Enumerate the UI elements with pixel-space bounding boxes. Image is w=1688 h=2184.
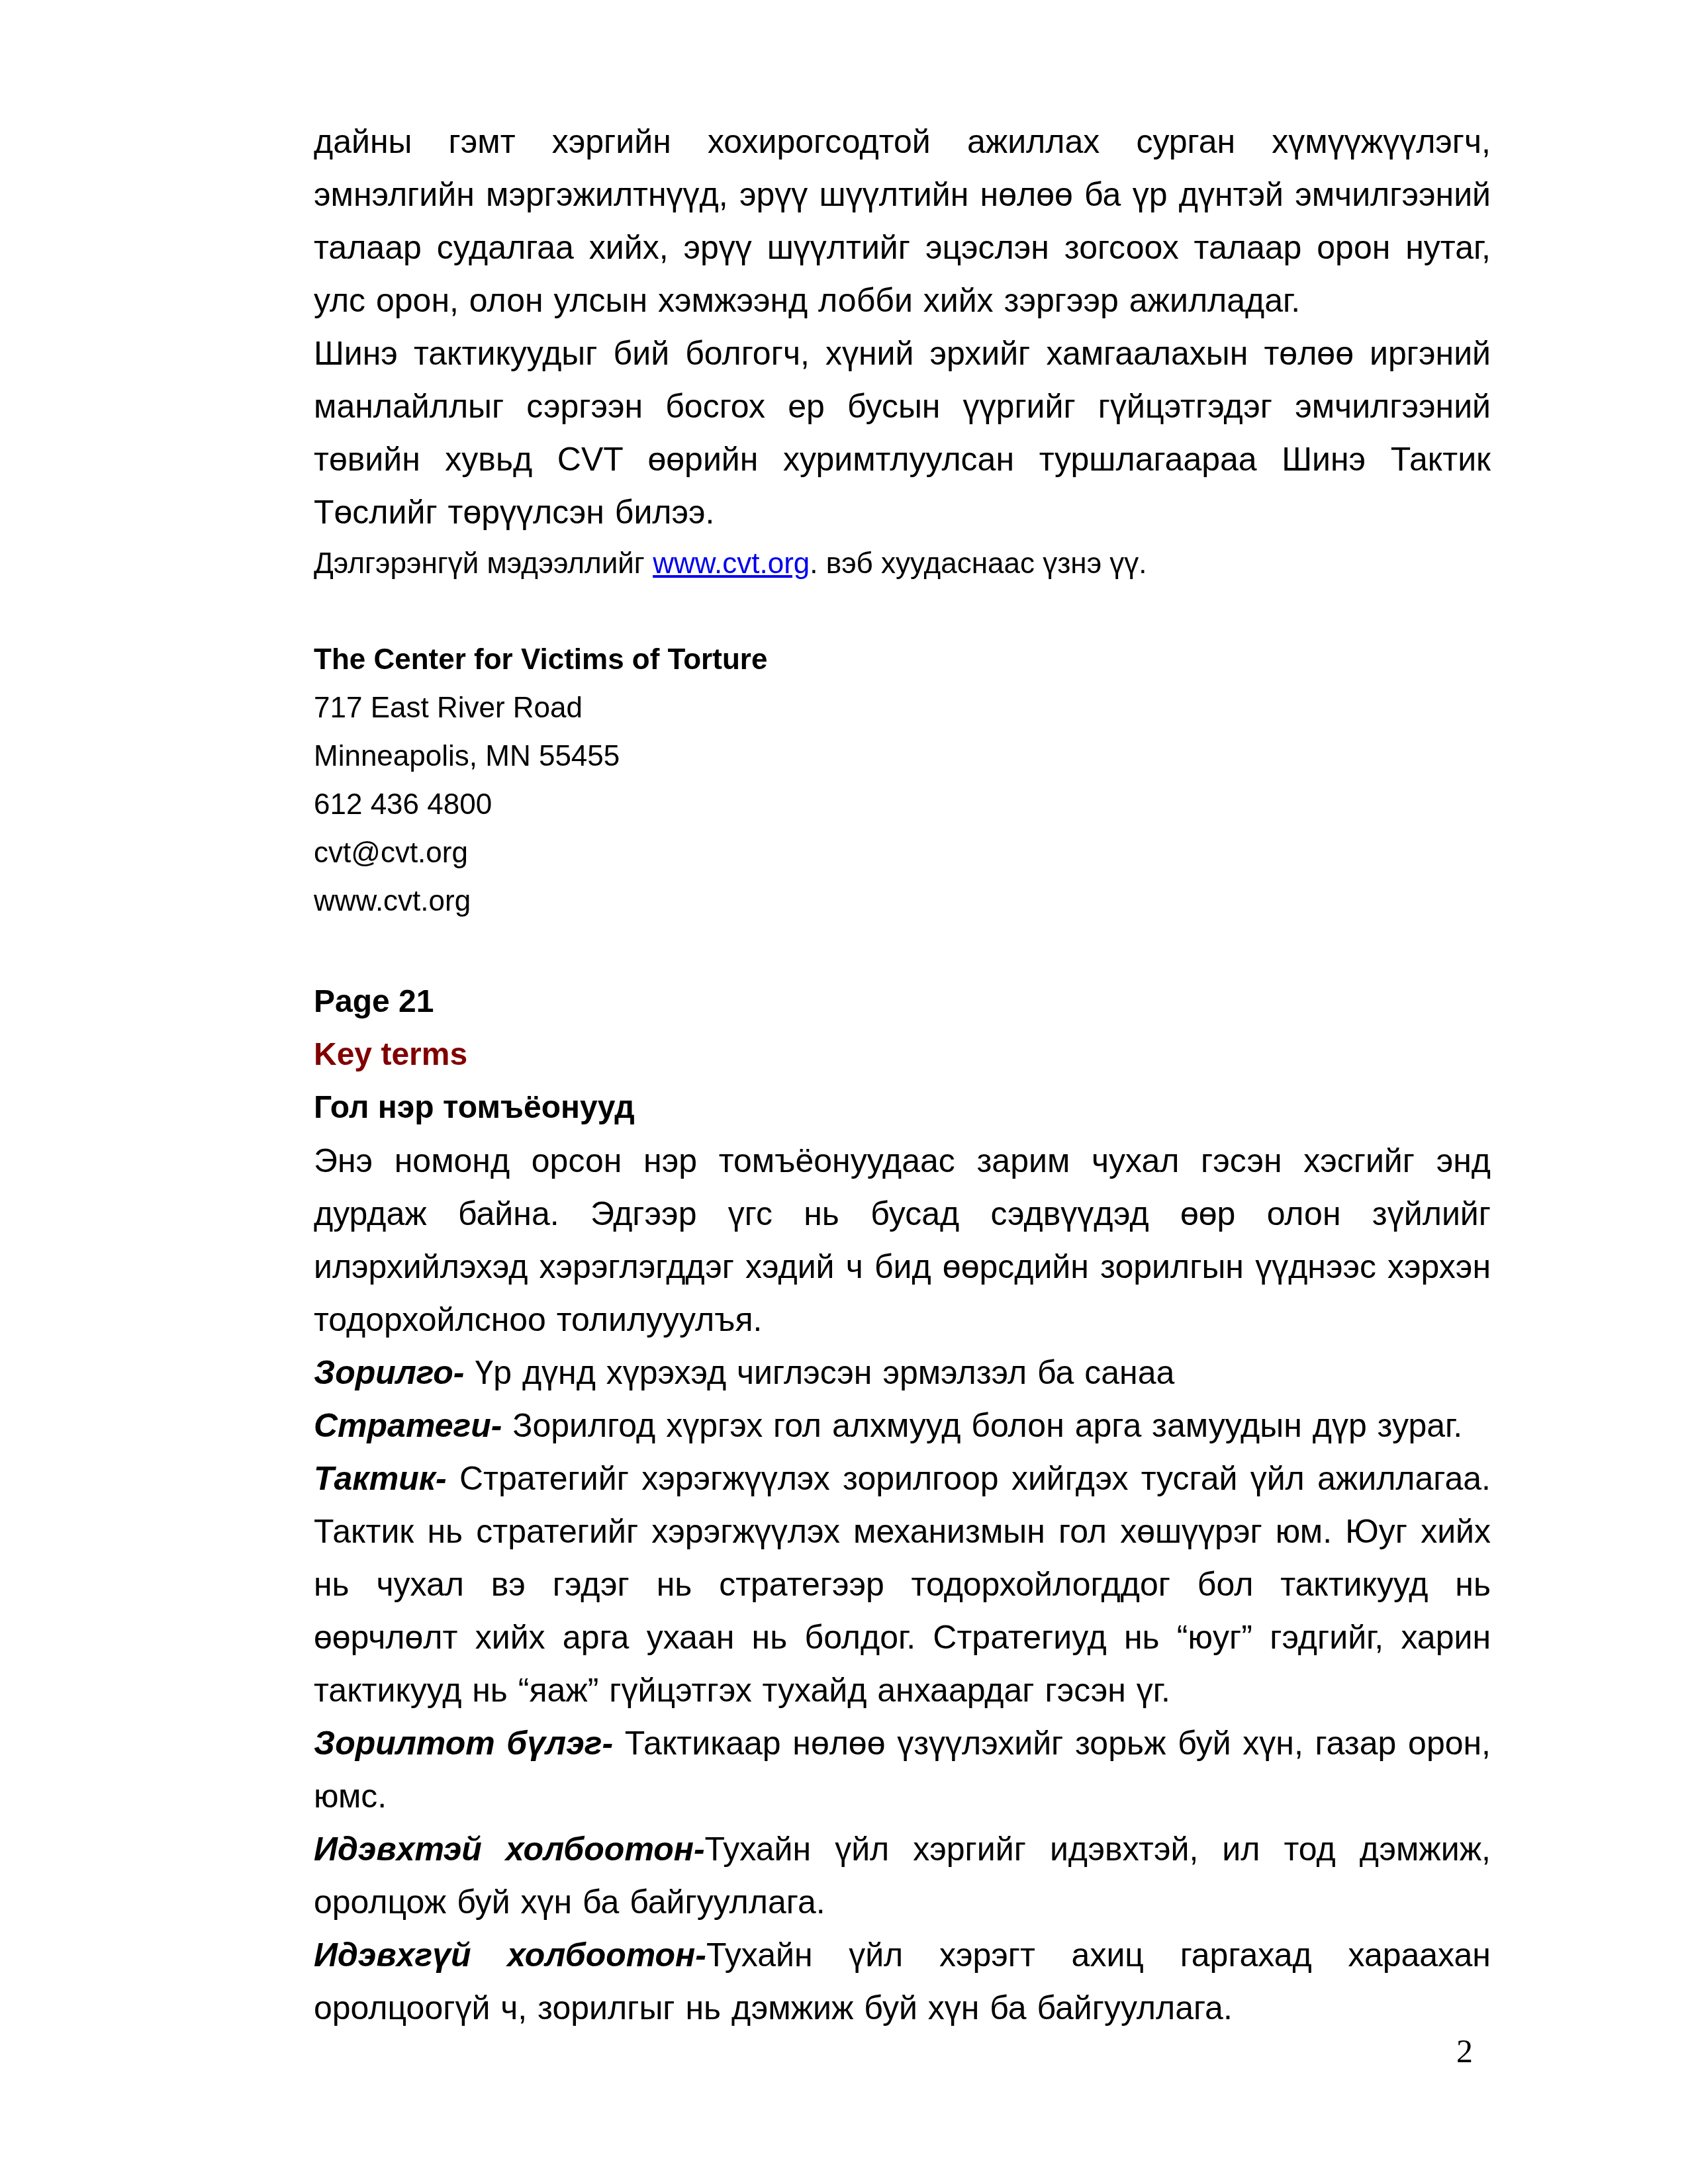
city-state-zip: Minneapolis, MN 55455 xyxy=(314,732,1491,780)
term-label: Зорилго- xyxy=(314,1354,465,1391)
page-number: 2 xyxy=(1456,2032,1473,2070)
term-definition: Стратегийг хэрэгжүүлэх зорилгоор хийгдэх… xyxy=(314,1460,1491,1709)
term-definition: Зорилгод хүргэх гол алхмууд болон арга з… xyxy=(502,1407,1462,1444)
term-label: Идэвхгүй холбоотон- xyxy=(314,1936,706,1974)
term-label: Идэвхтэй холбоотон- xyxy=(314,1831,705,1868)
key-terms-section: Page 21 Key terms Гол нэр томъёонууд Энэ… xyxy=(314,976,1491,2034)
website-address: www.cvt.org xyxy=(314,877,1491,925)
more-info-prefix: Дэлгэрэнгүй мэдээллийг xyxy=(314,547,653,580)
cvt-website-link[interactable]: www.cvt.org xyxy=(653,547,810,580)
street-address: 717 East River Road xyxy=(314,684,1491,732)
term-entry: Тактик- Стратегийг хэрэгжүүлэх зорилгоор… xyxy=(314,1452,1491,1717)
key-terms-heading-mongolian: Гол нэр томъёонууд xyxy=(314,1081,1491,1134)
page-reference-label: Page 21 xyxy=(314,976,1491,1028)
term-entry: Стратеги- Зорилгод хүргэх гол алхмууд бо… xyxy=(314,1399,1491,1452)
term-definition: Үр дүнд хүрэхэд чиглэсэн эрмэлзэл ба сан… xyxy=(465,1354,1175,1391)
phone-number: 612 436 4800 xyxy=(314,780,1491,829)
term-entry: Зорилтот бүлэг- Тактикаар нөлөө үзүүлэхи… xyxy=(314,1717,1491,1823)
page-content: дайны гэмт хэргийн хохирогсодтой ажиллах… xyxy=(314,115,1491,2034)
key-terms-intro: Энэ номонд орсон нэр томъёонуудаас зарим… xyxy=(314,1134,1491,1346)
more-info-suffix: . вэб хуудаснаас үзнэ үү. xyxy=(810,547,1147,580)
email-address: cvt@cvt.org xyxy=(314,829,1491,877)
key-terms-heading: Key terms xyxy=(314,1028,1491,1081)
document-page: дайны гэмт хэргийн хохирогсодтой ажиллах… xyxy=(0,0,1688,2184)
more-info-line: Дэлгэрэнгүй мэдээллийг www.cvt.org. вэб … xyxy=(314,540,1491,588)
intro-paragraph-2: Шинэ тактикуудыг бий болгогч, хүний эрхи… xyxy=(314,327,1491,539)
term-label: Зорилтот бүлэг- xyxy=(314,1725,613,1762)
organization-name: The Center for Victims of Torture xyxy=(314,635,1491,684)
contact-block: The Center for Victims of Torture 717 Ea… xyxy=(314,635,1491,925)
spacer xyxy=(314,925,1491,976)
term-entry: Зорилго- Үр дүнд хүрэхэд чиглэсэн эрмэлз… xyxy=(314,1346,1491,1399)
term-label: Стратеги- xyxy=(314,1407,502,1444)
term-label: Тактик- xyxy=(314,1460,447,1497)
spacer xyxy=(314,588,1491,635)
term-entry: Идэвхгүй холбоотон-Тухайн үйл хэрэгт ахи… xyxy=(314,1929,1491,2034)
intro-paragraph-1: дайны гэмт хэргийн хохирогсодтой ажиллах… xyxy=(314,115,1491,327)
term-entry: Идэвхтэй холбоотон-Тухайн үйл хэргийг ид… xyxy=(314,1823,1491,1929)
